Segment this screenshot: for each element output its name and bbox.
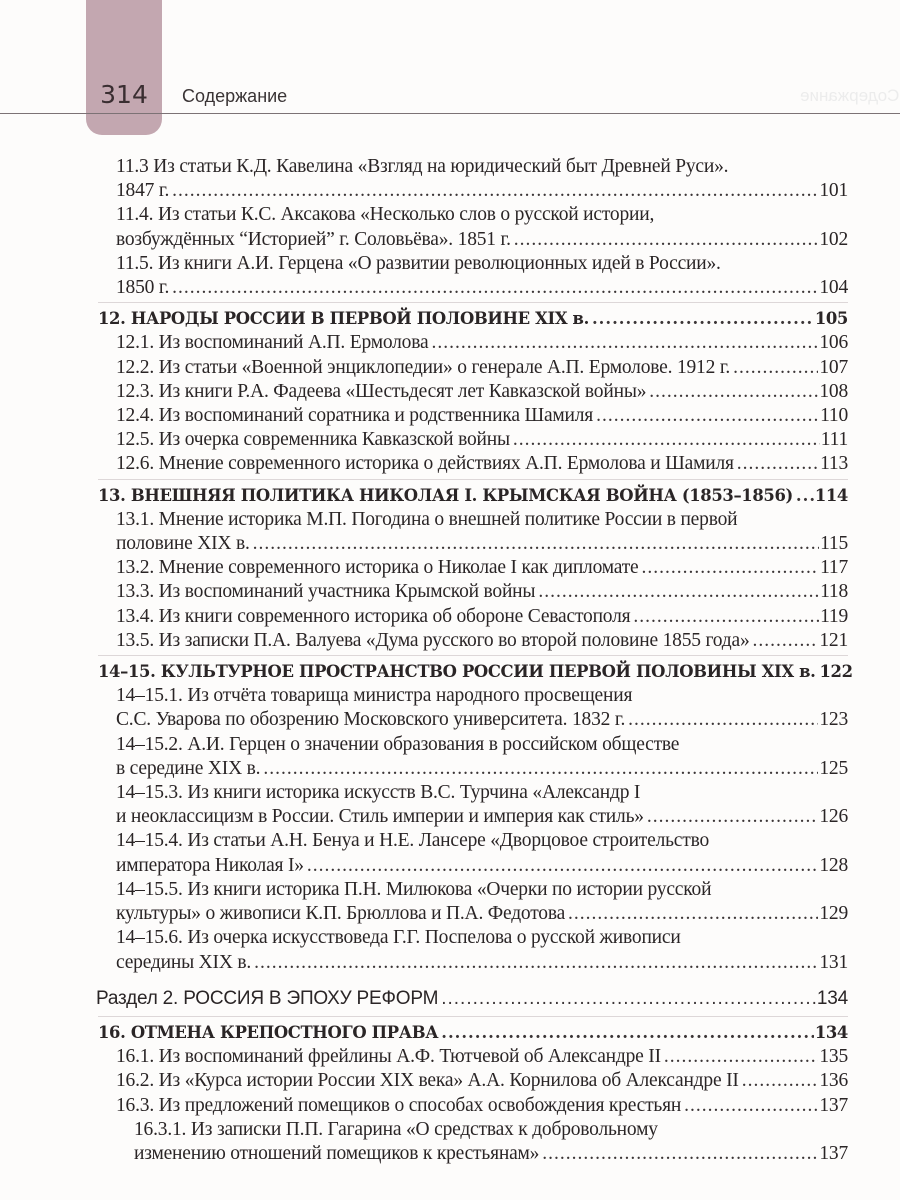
toc-section: Раздел 2. РОССИЯ В ЭПОХУ РЕФОРМ134 bbox=[96, 987, 848, 1011]
toc-entry: 16.2. Из «Курса истории России XIX века»… bbox=[116, 1069, 848, 1093]
dot-leader bbox=[514, 228, 819, 252]
toc-entry: 13.3. Из воспоминаний участника Крымской… bbox=[116, 580, 848, 604]
entry-page-number: 113 bbox=[820, 452, 848, 476]
entry-title: возбуждённых “Историей” г. Соловьёва». 1… bbox=[116, 228, 511, 252]
dot-leader bbox=[441, 1021, 814, 1045]
entry-page-number: 126 bbox=[819, 805, 848, 829]
entry-title: 14–15.6. Из очерка искусствоведа Г.Г. По… bbox=[116, 927, 681, 948]
entry-page-number: 121 bbox=[819, 629, 848, 653]
toc-entry: 13.1. Мнение историка М.П. Погодина о вн… bbox=[116, 508, 848, 556]
entry-title: 12. НАРОДЫ РОССИИ В ПЕРВОЙ ПОЛОВИНЕ XIX … bbox=[98, 307, 589, 331]
toc-chapter: 12. НАРОДЫ РОССИИ В ПЕРВОЙ ПОЛОВИНЕ XIX … bbox=[98, 302, 848, 331]
dot-leader bbox=[592, 307, 814, 331]
dot-leader bbox=[753, 629, 819, 653]
entry-title: и неоклассицизм в России. Стиль империи … bbox=[116, 805, 644, 829]
entry-title: 14–15.2. А.И. Герцен о значении образова… bbox=[116, 734, 679, 755]
dot-leader bbox=[649, 380, 818, 404]
entry-title: 1850 г. bbox=[116, 276, 169, 300]
entry-title: 16.3. Из предложений помещиков о способа… bbox=[116, 1094, 681, 1118]
entry-page-number: 134 bbox=[815, 1021, 848, 1045]
toc-entry: 12.4. Из воспоминаний соратника и родств… bbox=[116, 404, 848, 428]
entry-title: С.С. Уварова по обозрению Московского ун… bbox=[116, 708, 625, 732]
toc-entry: 12.1. Из воспоминаний А.П. Ермолова106 bbox=[116, 331, 848, 355]
page-number-tab bbox=[86, 0, 162, 135]
entry-page-number: 136 bbox=[819, 1069, 848, 1093]
toc-entry: 12.2. Из статьи «Военной энциклопедии» о… bbox=[116, 356, 848, 380]
entry-page-number: 129 bbox=[819, 902, 848, 926]
entry-title: 13.5. Из записки П.А. Валуева «Дума русс… bbox=[116, 629, 750, 653]
dot-leader bbox=[737, 452, 819, 476]
dot-leader bbox=[596, 404, 819, 428]
toc-entry: 12.3. Из книги Р.А. Фадеева «Шестьдесят … bbox=[116, 380, 848, 404]
entry-page-number: 108 bbox=[819, 380, 848, 404]
toc-entry: 11.4. Из статьи К.С. Аксакова «Несколько… bbox=[116, 203, 848, 251]
toc-entry: 16.3. Из предложений помещиков о способа… bbox=[116, 1094, 848, 1118]
entry-page-number: 128 bbox=[819, 854, 848, 878]
dot-leader bbox=[513, 428, 820, 452]
dot-leader bbox=[542, 1142, 818, 1166]
dot-leader bbox=[307, 854, 819, 878]
entry-title: 1847 г. bbox=[116, 179, 169, 203]
entry-title: императора Николая I» bbox=[116, 854, 304, 878]
entry-title: изменению отношений помещиков к крестьян… bbox=[134, 1142, 539, 1166]
entry-title: 11.5. Из книги А.И. Герцена «О развитии … bbox=[116, 253, 721, 274]
toc-chapter: 14–15. КУЛЬТУРНОЕ ПРОСТРАНСТВО РОССИИ ПЕ… bbox=[98, 655, 848, 684]
entry-title: 13.4. Из книги современного историка об … bbox=[116, 605, 630, 629]
toc-chapter: 16. ОТМЕНА КРЕПОСТНОГО ПРАВА134 bbox=[98, 1016, 848, 1045]
entry-page-number: 119 bbox=[820, 605, 848, 629]
entry-page-number: 135 bbox=[819, 1045, 848, 1069]
entry-title: 11.3 Из статьи К.Д. Кавелина «Взгляд на … bbox=[116, 156, 728, 177]
entry-page-number: 137 bbox=[819, 1142, 848, 1166]
entry-title: 16. ОТМЕНА КРЕПОСТНОГО ПРАВА bbox=[98, 1021, 438, 1045]
dot-leader bbox=[664, 1045, 818, 1069]
entry-title: в середине XIX в. bbox=[116, 757, 260, 781]
dot-leader bbox=[733, 356, 818, 380]
entry-page-number: 137 bbox=[819, 1094, 848, 1118]
dot-leader bbox=[633, 605, 819, 629]
entry-title: 12.5. Из очерка современника Кавказской … bbox=[116, 428, 510, 452]
bleed-through-title: Содержание bbox=[800, 86, 899, 106]
entry-title: 14–15.1. Из отчёта товарища министра нар… bbox=[116, 685, 632, 706]
entry-page-number: 131 bbox=[819, 951, 848, 975]
running-title: Содержание bbox=[182, 86, 287, 107]
entry-title: 16.3.1. Из записки П.П. Гагарина «О сред… bbox=[134, 1119, 658, 1140]
entry-page-number: 104 bbox=[819, 276, 848, 300]
dot-leader bbox=[796, 484, 814, 508]
entry-title: 13.2. Мнение современного историка о Ник… bbox=[116, 556, 639, 580]
dot-leader bbox=[742, 1069, 819, 1093]
dot-leader bbox=[441, 987, 816, 1011]
entry-title: 12.2. Из статьи «Военной энциклопедии» о… bbox=[116, 356, 730, 380]
entry-page-number: 101 bbox=[819, 179, 848, 203]
entry-page-number: 118 bbox=[820, 580, 848, 604]
toc-entry: 14–15.2. А.И. Герцен о значении образова… bbox=[116, 733, 848, 781]
toc-entry: 13.4. Из книги современного историка об … bbox=[116, 605, 848, 629]
dot-leader bbox=[647, 805, 819, 829]
entry-title: культуры» о живописи К.П. Брюллова и П.А… bbox=[116, 902, 565, 926]
entry-title: Раздел 2. РОССИЯ В ЭПОХУ РЕФОРМ bbox=[96, 987, 438, 1011]
toc-entry: 14–15.6. Из очерка искусствоведа Г.Г. По… bbox=[116, 926, 848, 974]
toc-entry: 16.1. Из воспоминаний фрейлины А.Ф. Тютч… bbox=[116, 1045, 848, 1069]
entry-title: 12.6. Мнение современного историка о дей… bbox=[116, 452, 734, 476]
toc-entry: 11.5. Из книги А.И. Герцена «О развитии … bbox=[116, 252, 848, 300]
toc-entry: 14–15.4. Из статьи А.Н. Бенуа и Н.Е. Лан… bbox=[116, 829, 848, 877]
dot-leader bbox=[642, 556, 820, 580]
entry-title: 16.1. Из воспоминаний фрейлины А.Ф. Тютч… bbox=[116, 1045, 661, 1069]
dot-leader bbox=[172, 276, 818, 300]
entry-page-number: 110 bbox=[820, 404, 848, 428]
dot-leader bbox=[684, 1094, 818, 1118]
dot-leader bbox=[628, 708, 818, 732]
toc-entry: 13.2. Мнение современного историка о Ник… bbox=[116, 556, 848, 580]
entry-title: 16.2. Из «Курса истории России XIX века»… bbox=[116, 1069, 739, 1093]
dot-leader bbox=[172, 179, 818, 203]
entry-page-number: 111 bbox=[821, 428, 848, 452]
entry-title: 13.1. Мнение историка М.П. Погодина о вн… bbox=[116, 509, 737, 530]
header-rule bbox=[0, 113, 900, 114]
toc-entry: 14–15.1. Из отчёта товарища министра нар… bbox=[116, 684, 848, 732]
entry-page-number: 123 bbox=[819, 708, 848, 732]
page-number: 314 bbox=[86, 80, 162, 109]
entry-page-number: 106 bbox=[819, 331, 848, 355]
dot-leader bbox=[568, 902, 818, 926]
entry-title: 14–15. КУЛЬТУРНОЕ ПРОСТРАНСТВО РОССИИ ПЕ… bbox=[98, 660, 815, 684]
dot-leader bbox=[538, 580, 819, 604]
dot-leader bbox=[263, 757, 818, 781]
entry-title: 12.1. Из воспоминаний А.П. Ермолова bbox=[116, 331, 428, 355]
toc-entry: 11.3 Из статьи К.Д. Кавелина «Взгляд на … bbox=[116, 155, 848, 203]
entry-title: половине XIX в. bbox=[116, 532, 250, 556]
toc-entry: 14–15.3. Из книги историка искусств В.С.… bbox=[116, 781, 848, 829]
entry-page-number: 107 bbox=[819, 356, 848, 380]
entry-title: 13.3. Из воспоминаний участника Крымской… bbox=[116, 580, 535, 604]
entry-title: 12.4. Из воспоминаний соратника и родств… bbox=[116, 404, 593, 428]
entry-page-number: 102 bbox=[819, 228, 848, 252]
toc-entry: 14–15.5. Из книги историка П.Н. Милюкова… bbox=[116, 878, 848, 926]
entry-page-number: 105 bbox=[815, 307, 848, 331]
entry-page-number: 117 bbox=[820, 556, 848, 580]
toc-chapter: 13. ВНЕШНЯЯ ПОЛИТИКА НИКОЛАЯ I. КРЫМСКАЯ… bbox=[98, 479, 848, 508]
toc-entry: 12.6. Мнение современного историка о дей… bbox=[116, 452, 848, 476]
entry-title: 13. ВНЕШНЯЯ ПОЛИТИКА НИКОЛАЯ I. КРЫМСКАЯ… bbox=[98, 484, 793, 508]
entry-page-number: 134 bbox=[817, 987, 848, 1011]
toc-entry: 13.5. Из записки П.А. Валуева «Дума русс… bbox=[116, 629, 848, 653]
entry-title: середины XIX в. bbox=[116, 951, 251, 975]
entry-title: 11.4. Из статьи К.С. Аксакова «Несколько… bbox=[116, 204, 654, 225]
dot-leader bbox=[431, 331, 818, 355]
dot-leader bbox=[253, 532, 819, 556]
entry-title: 12.3. Из книги Р.А. Фадеева «Шестьдесят … bbox=[116, 380, 646, 404]
toc-entry: 16.3.1. Из записки П.П. Гагарина «О сред… bbox=[116, 1118, 848, 1166]
entry-title: 14–15.3. Из книги историка искусств В.С.… bbox=[116, 782, 640, 803]
dot-leader bbox=[254, 951, 818, 975]
entry-page-number: 114 bbox=[815, 484, 848, 508]
table-of-contents: 11.3 Из статьи К.Д. Кавелина «Взгляд на … bbox=[116, 155, 848, 1166]
entry-page-number: 125 bbox=[819, 757, 848, 781]
entry-page-number: 122 bbox=[819, 660, 852, 684]
entry-page-number: 115 bbox=[820, 532, 848, 556]
entry-title: 14–15.5. Из книги историка П.Н. Милюкова… bbox=[116, 879, 711, 900]
entry-title: 14–15.4. Из статьи А.Н. Бенуа и Н.Е. Лан… bbox=[116, 830, 709, 851]
toc-entry: 12.5. Из очерка современника Кавказской … bbox=[116, 428, 848, 452]
